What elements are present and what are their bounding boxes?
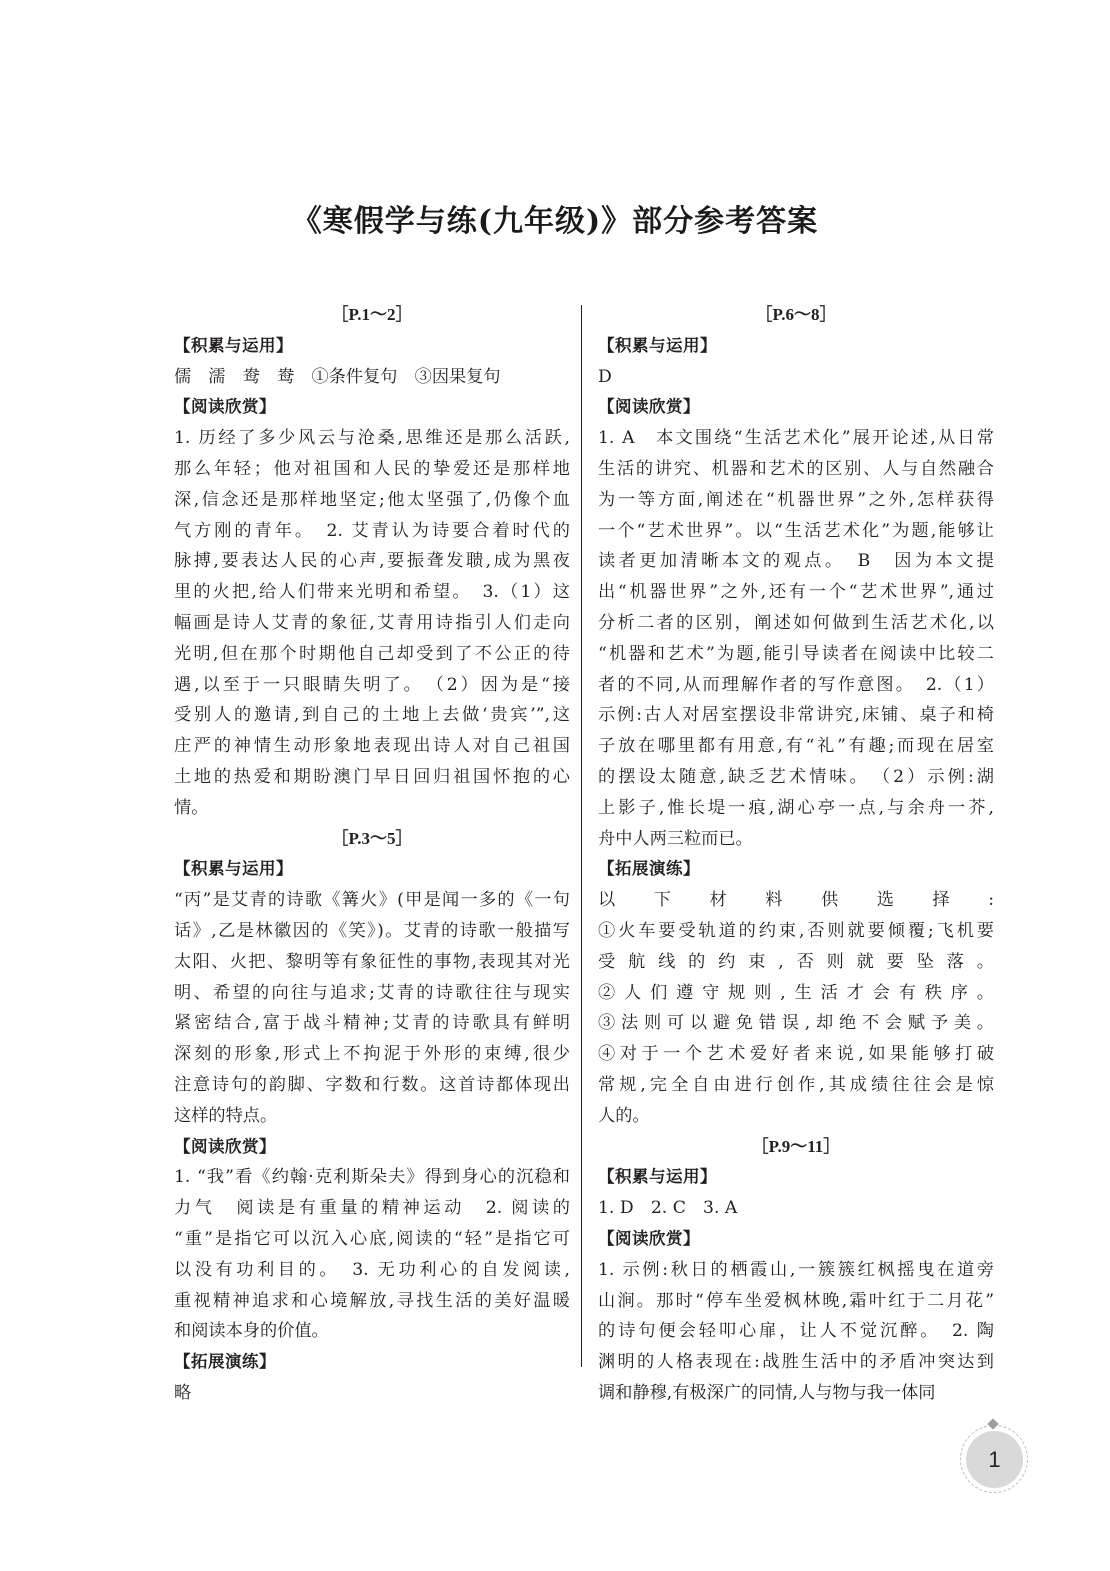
- text-line: 1. A 本文围绕“生活艺术化”展开论述,从日常: [598, 423, 994, 454]
- text-line: 山涧。那时“停车坐爱枫林晚,霜叶红于二月花”: [598, 1286, 994, 1317]
- answer-paragraph: 1. A 本文围绕“生活艺术化”展开论述,从日常生活的讲究、机器和艺术的区别、人…: [598, 423, 994, 854]
- text-line: 重视精神追求和心境解放,寻找生活的美好温暖: [174, 1286, 570, 1317]
- text-line: 分析二者的区别，阐述如何做到生活艺术化,以: [598, 608, 994, 639]
- text-line: 深刻的形象,形式上不拘泥于外形的束缚,很少: [174, 1039, 570, 1070]
- text-line: 上影子,惟长堤一痕,湖心亭一点,与余舟一芥,: [598, 793, 994, 824]
- text-line: 调和静穆,有极深广的同情,人与物与我一体同: [598, 1378, 994, 1409]
- text-line: 舟中人两三粒而已。: [598, 824, 994, 855]
- text-line: 明、希望的向往与追求;艾青的诗歌往往与现实: [174, 978, 570, 1009]
- left-column: ［P.1～2］【积累与运用】儒 濡 鸯 鸯 ①条件复句 ③因果复句【阅读欣赏】1…: [174, 300, 570, 1409]
- answer-paragraph: 儒 濡 鸯 鸯 ①条件复句 ③因果复句: [174, 362, 570, 393]
- answer-paragraph: 以下材料供选择:①火车要受轨道的约束,否则就要倾覆;飞机要受航线的约束,否则就要…: [598, 885, 994, 1131]
- section-heading: 【阅读欣赏】: [598, 1224, 994, 1255]
- text-line: 注意诗句的韵脚、字数和行数。这首诗都体现出: [174, 1070, 570, 1101]
- answer-paragraph: 1. “我”看《约翰·克利斯朵夫》得到身心的沉稳和力气 阅读是有重量的精神运动 …: [174, 1162, 570, 1347]
- text-line: 略: [174, 1378, 570, 1409]
- text-line: 子放在哪里都有用意,有“礼”有趣;而现在居室: [598, 731, 994, 762]
- text-line: 读者更加清晰本文的观点。 B 因为本文提: [598, 546, 994, 577]
- text-line: 和阅读本身的价值。: [174, 1316, 570, 1347]
- text-line: 力气 阅读是有重量的精神运动 2. 阅读的: [174, 1193, 570, 1224]
- text-line: 示例:古人对居室摆设非常讲究,床铺、桌子和椅: [598, 700, 994, 731]
- text-line: 深,信念还是那样地坚定;他太坚强了,仍像个血: [174, 485, 570, 516]
- text-line: 生活的讲究、机器和艺术的区别、人与自然融合: [598, 454, 994, 485]
- text-line: “丙”是艾青的诗歌《篝火》(甲是闻一多的《一句: [174, 885, 570, 916]
- text-line: D: [598, 362, 994, 393]
- answer-paragraph: 1. 历经了多少风云与沧桑,思维还是那么活跃,那么年轻；他对祖国和人民的挚爱还是…: [174, 423, 570, 823]
- section-heading: 【积累与运用】: [598, 1162, 994, 1193]
- text-line: 者的不同,从而理解作者的写作意图。 2.（1）: [598, 670, 994, 701]
- page-number-badge: 1: [960, 1425, 1030, 1495]
- text-line: 话》,乙是林徽因的《笑》)。艾青的诗歌一般描写: [174, 916, 570, 947]
- text-line: 里的火把,给人们带来光明和希望。 3.（1）这: [174, 577, 570, 608]
- text-line: 脉搏,要表达人民的心声,要振聋发聩,成为黑夜: [174, 546, 570, 577]
- text-line: 这样的特点。: [174, 1101, 570, 1132]
- text-line: 为一等方面,阐述在“机器世界”之外,怎样获得: [598, 485, 994, 516]
- page-range-heading: ［P.1～2］: [174, 300, 570, 331]
- text-line: 气方刚的青年。 2. 艾青认为诗要合着时代的: [174, 516, 570, 547]
- text-line: 遇,以至于一只眼睛失明了。 （2）因为是“接: [174, 670, 570, 701]
- text-line: 1. “我”看《约翰·克利斯朵夫》得到身心的沉稳和: [174, 1162, 570, 1193]
- text-line: 渊明的人格表现在:战胜生活中的矛盾冲突达到: [598, 1347, 994, 1378]
- section-heading: 【阅读欣赏】: [174, 1132, 570, 1163]
- page-range-heading: ［P.3～5］: [174, 824, 570, 855]
- section-heading: 【积累与运用】: [174, 854, 570, 885]
- section-heading: 【积累与运用】: [174, 331, 570, 362]
- text-line: ③法则可以避免错误,却绝不会赋予美。: [598, 1008, 994, 1039]
- text-line: 光明,但在那个时期他自己却受到了不公正的待: [174, 639, 570, 670]
- text-line: 的诗句便会轻叩心扉，让人不觉沉醉。 2. 陶: [598, 1316, 994, 1347]
- page-range-heading: ［P.6～8］: [598, 300, 994, 331]
- answer-paragraph: “丙”是艾青的诗歌《篝火》(甲是闻一多的《一句话》,乙是林徽因的《笑》)。艾青的…: [174, 885, 570, 1131]
- page-range-heading: ［P.9～11］: [598, 1132, 994, 1163]
- right-column: ［P.6～8］【积累与运用】D【阅读欣赏】1. A 本文围绕“生活艺术化”展开论…: [598, 300, 994, 1409]
- answer-paragraph: 1. 示例:秋日的栖霞山,一簇簇红枫摇曳在道旁山涧。那时“停车坐爱枫林晚,霜叶红…: [598, 1255, 994, 1409]
- section-heading: 【拓展演练】: [598, 854, 994, 885]
- text-line: 1. 示例:秋日的栖霞山,一簇簇红枫摇曳在道旁: [598, 1255, 994, 1286]
- text-line: 1. 历经了多少风云与沧桑,思维还是那么活跃,: [174, 423, 570, 454]
- text-line: 那么年轻；他对祖国和人民的挚爱还是那样地: [174, 454, 570, 485]
- text-line: “机器和艺术”为题,能引导读者在阅读中比较二: [598, 639, 994, 670]
- section-heading: 【积累与运用】: [598, 331, 994, 362]
- text-line: 1. D 2. C 3. A: [598, 1193, 994, 1224]
- text-line: ②人们遵守规则,生活才会有秩序。: [598, 978, 994, 1009]
- text-line: 儒 濡 鸯 鸯 ①条件复句 ③因果复句: [174, 362, 570, 393]
- text-line: 受航线的约束,否则就要坠落。: [598, 947, 994, 978]
- text-line: “重”是指它可以沉入心底,阅读的“轻”是指它可: [174, 1224, 570, 1255]
- text-line: 太阳、火把、黎明等有象征性的事物,表现其对光: [174, 947, 570, 978]
- section-heading: 【拓展演练】: [174, 1347, 570, 1378]
- text-line: 人的。: [598, 1101, 994, 1132]
- text-line: 紧密结合,富于战斗精神;艾青的诗歌具有鲜明: [174, 1008, 570, 1039]
- answer-paragraph: 略: [174, 1378, 570, 1409]
- text-line: 出“机器世界”之外,还有一个“艺术世界”,通过: [598, 577, 994, 608]
- text-line: 常规,完全自由进行创作,其成绩往往会是惊: [598, 1070, 994, 1101]
- text-line: 土地的热爱和期盼澳门早日回归祖国怀抱的心: [174, 762, 570, 793]
- text-line: 幅画是诗人艾青的象征,艾青用诗指引人们走向: [174, 608, 570, 639]
- answer-paragraph: 1. D 2. C 3. A: [598, 1193, 994, 1224]
- text-line: 的摆设太随意,缺乏艺术情味。 （2）示例:湖: [598, 762, 994, 793]
- page-number: 1: [966, 1431, 1023, 1488]
- text-line: 庄严的神情生动形象地表现出诗人对自己祖国: [174, 731, 570, 762]
- text-line: ④对于一个艺术爱好者来说,如果能够打破: [598, 1039, 994, 1070]
- text-line: 情。: [174, 793, 570, 824]
- text-line: 以没有功利目的。 3. 无功利心的自发阅读,: [174, 1255, 570, 1286]
- column-divider: [581, 305, 582, 1367]
- text-line: ①火车要受轨道的约束,否则就要倾覆;飞机要: [598, 916, 994, 947]
- text-line: 一个“艺术世界”。以“生活艺术化”为题,能够让: [598, 516, 994, 547]
- section-heading: 【阅读欣赏】: [174, 392, 570, 423]
- text-line: 以下材料供选择:: [598, 885, 994, 916]
- section-heading: 【阅读欣赏】: [598, 392, 994, 423]
- page-title: 《寒假学与练(九年级)》部分参考答案: [0, 196, 1110, 240]
- text-line: 受别人的邀请,到自己的土地上去做‘贵宾’”,这: [174, 700, 570, 731]
- answer-paragraph: D: [598, 362, 994, 393]
